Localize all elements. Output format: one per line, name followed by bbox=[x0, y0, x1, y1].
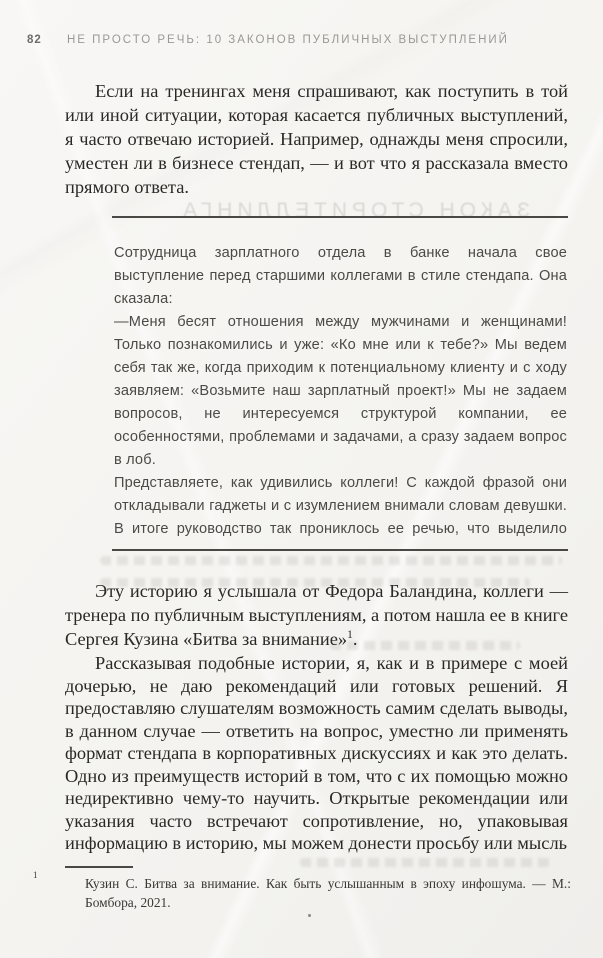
paragraph-main: Рассказывая подобные истории, я, как и в… bbox=[65, 652, 568, 855]
paragraph-intro: Если на тренингах меня спрашивают, как п… bbox=[65, 79, 568, 199]
paragraph-after-quote-text: Эту историю я услышала от Федора Баланди… bbox=[65, 581, 568, 649]
quote-paragraph: Сотрудница зарплатного отдела в банке на… bbox=[114, 242, 567, 311]
page-mark-dot bbox=[308, 914, 311, 917]
footnote-marker: 1 bbox=[33, 874, 85, 875]
running-header-title: НЕ ПРОСТО РЕЧЬ: 10 ЗАКОНОВ ПУБЛИЧНЫХ ВЫС… bbox=[67, 33, 509, 47]
footnote-separator bbox=[65, 866, 133, 868]
paragraph-after-quote: Эту историю я услышала от Федора Баланди… bbox=[65, 579, 568, 651]
footnote: 1 Кузин С. Битва за внимание. Как быть у… bbox=[33, 874, 573, 912]
showthrough-line bbox=[100, 556, 562, 565]
showthrough-line bbox=[300, 858, 550, 867]
quote-top-rule bbox=[112, 216, 568, 218]
quote-paragraph: —Меня бесят отношения между мужчинами и … bbox=[114, 311, 567, 472]
quote-bottom-rule bbox=[112, 549, 568, 551]
paragraph-after-quote-tail: . bbox=[353, 629, 358, 649]
running-header: 82 НЕ ПРОСТО РЕЧЬ: 10 ЗАКОНОВ ПУБЛИЧНЫХ … bbox=[0, 33, 603, 49]
quote-block: Сотрудница зарплатного отдела в банке на… bbox=[114, 242, 567, 542]
quote-paragraph: Представляете, как удивились коллеги! С … bbox=[114, 472, 567, 542]
showthrough-heading: ЗАКОН СТОРИТЕЛЛИНГА bbox=[138, 199, 570, 223]
footnote-text: Кузин С. Битва за внимание. Как быть усл… bbox=[85, 874, 571, 912]
book-page: 82 НЕ ПРОСТО РЕЧЬ: 10 ЗАКОНОВ ПУБЛИЧНЫХ … bbox=[0, 0, 603, 958]
page-number: 82 bbox=[27, 33, 42, 47]
